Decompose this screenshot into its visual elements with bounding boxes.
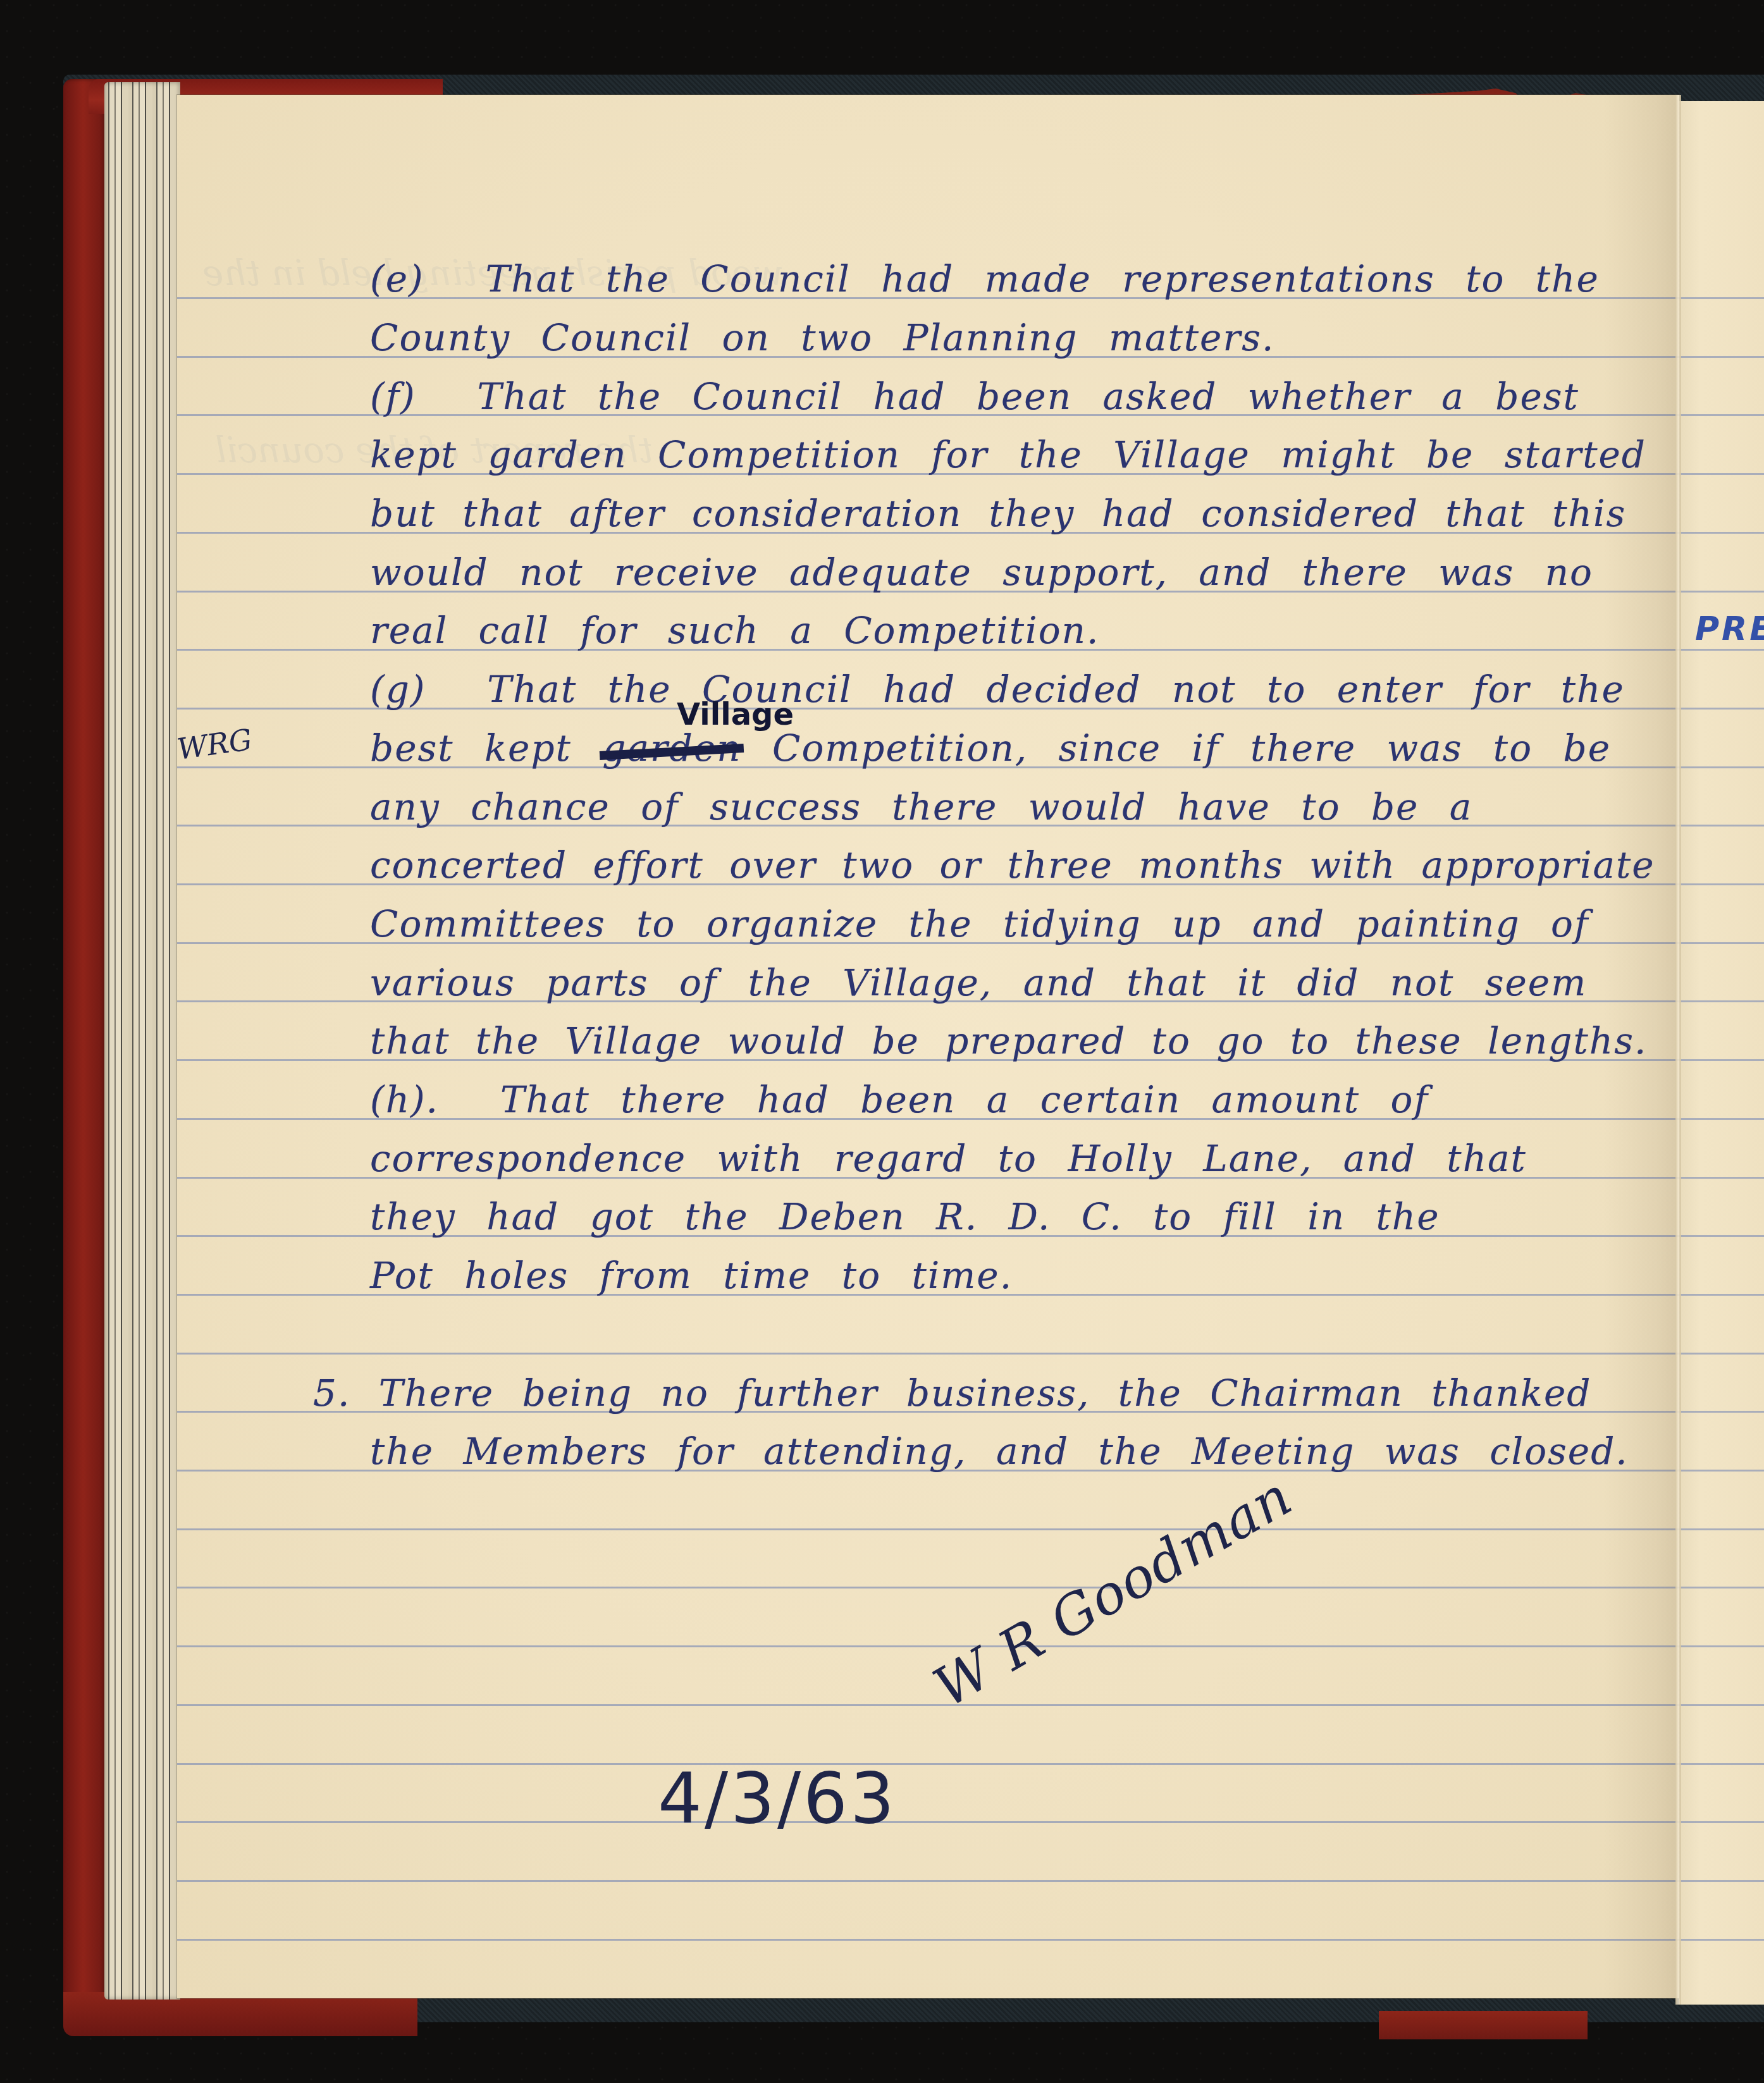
ruled-line: [1679, 1000, 1764, 1002]
minute-line: would not receive adequate support, and …: [370, 554, 1593, 591]
ruled-line: [1679, 1118, 1764, 1120]
minute-line: (e) That the Council had made representa…: [370, 261, 1600, 297]
ruled-line: [1679, 1059, 1764, 1061]
struck-word: garden: [602, 727, 741, 770]
ruled-line: [1679, 1411, 1764, 1413]
ruled-line: [1679, 708, 1764, 710]
ruled-line: [1679, 1177, 1764, 1179]
facing-page: PRE: [1679, 101, 1764, 2005]
minute-line: any chance of success there would have t…: [370, 789, 1472, 825]
leather-spine-edge: [63, 79, 108, 2024]
minute-line-with-correction: best kept garden Competition, since if t…: [370, 730, 1611, 766]
minute-line: real call for such a Competition.: [370, 612, 1099, 649]
ruled-line: [177, 1821, 1679, 1823]
minute-line: Committees to organize the tidying up an…: [370, 906, 1589, 942]
page-stack-edges: [104, 82, 180, 2000]
inserted-word: Village: [677, 697, 794, 732]
minute-item-5-continued: the Members for attending, and the Meeti…: [370, 1433, 1629, 1470]
minute-line: that the Village would be prepared to go…: [370, 1023, 1647, 1059]
ruled-line: [1679, 1645, 1764, 1647]
leather-corner-bottom-right: [1379, 2011, 1588, 2039]
ruled-line: [1679, 649, 1764, 651]
ruled-line: [1679, 356, 1764, 358]
minute-line: correspondence with regard to Holly Lane…: [370, 1140, 1527, 1177]
ruled-line: [177, 1704, 1679, 1706]
ruled-line: [1679, 1528, 1764, 1530]
minute-line: concerted effort over two or three month…: [370, 847, 1655, 883]
ruled-line: [1679, 1470, 1764, 1472]
minute-line: County Council on two Planning matters.: [370, 319, 1274, 356]
margin-initials: WRG: [177, 722, 254, 766]
item-label-e: (e): [370, 257, 424, 300]
ruled-line: [177, 1645, 1679, 1647]
ruled-line: [1679, 883, 1764, 885]
ruled-line: [1679, 766, 1764, 768]
minute-item-5: 5. There being no further business, the …: [313, 1375, 1591, 1411]
ruled-line: [1679, 1939, 1764, 1941]
ruled-line: [177, 1528, 1679, 1530]
minute-line: kept garden Competition for the Village …: [370, 436, 1646, 473]
ruled-line: [1679, 532, 1764, 534]
ruled-line: [1679, 1587, 1764, 1588]
ruled-line: [1679, 297, 1764, 299]
minute-line: (f) That the Council had been asked whet…: [370, 378, 1579, 415]
minute-line: but that after consideration they had co…: [370, 495, 1626, 532]
ruled-line: [177, 1587, 1679, 1588]
ruled-line: [1679, 473, 1764, 475]
minute-line: (h). That there had been a certain amoun…: [370, 1081, 1429, 1118]
item-label-g: (g): [370, 668, 426, 711]
binding-thread: [1675, 95, 1681, 2005]
ruled-line: [1679, 1821, 1764, 1823]
minute-line: (g) That the Council had decided not to …: [370, 671, 1625, 708]
ruled-line: [177, 1763, 1679, 1765]
chairman-signature: W R Goodman: [923, 1465, 1302, 1720]
minute-line: Pot holes from time to time.: [370, 1257, 1013, 1294]
item-label-f: (f): [370, 375, 416, 418]
manuscript-page: wood pa​rish meeting held in the the rep…: [177, 95, 1679, 1998]
ruled-line: [1679, 414, 1764, 416]
item-number-5: 5.: [313, 1372, 350, 1415]
ruled-line: [177, 1353, 1679, 1355]
facing-page-text: PRE: [1695, 610, 1764, 648]
ruled-line: [1679, 825, 1764, 826]
item-label-h: (h).: [370, 1078, 439, 1121]
minute-line: various parts of the Village, and that i…: [370, 964, 1587, 1001]
ruled-line: [1679, 942, 1764, 944]
ruled-line: [1679, 1235, 1764, 1237]
ruled-line: [177, 1939, 1679, 1941]
signature-date: 4/3/63: [658, 1758, 897, 1839]
ruled-line: [1679, 1763, 1764, 1765]
minute-line: they had got the Deben R. D. C. to fill …: [370, 1198, 1440, 1235]
ruled-line: [1679, 591, 1764, 593]
ruled-line: [177, 1880, 1679, 1882]
ruled-line: [1679, 1353, 1764, 1355]
ruled-line: [1679, 1704, 1764, 1706]
ruled-line: [1679, 1880, 1764, 1882]
ruled-line: [1679, 1294, 1764, 1296]
